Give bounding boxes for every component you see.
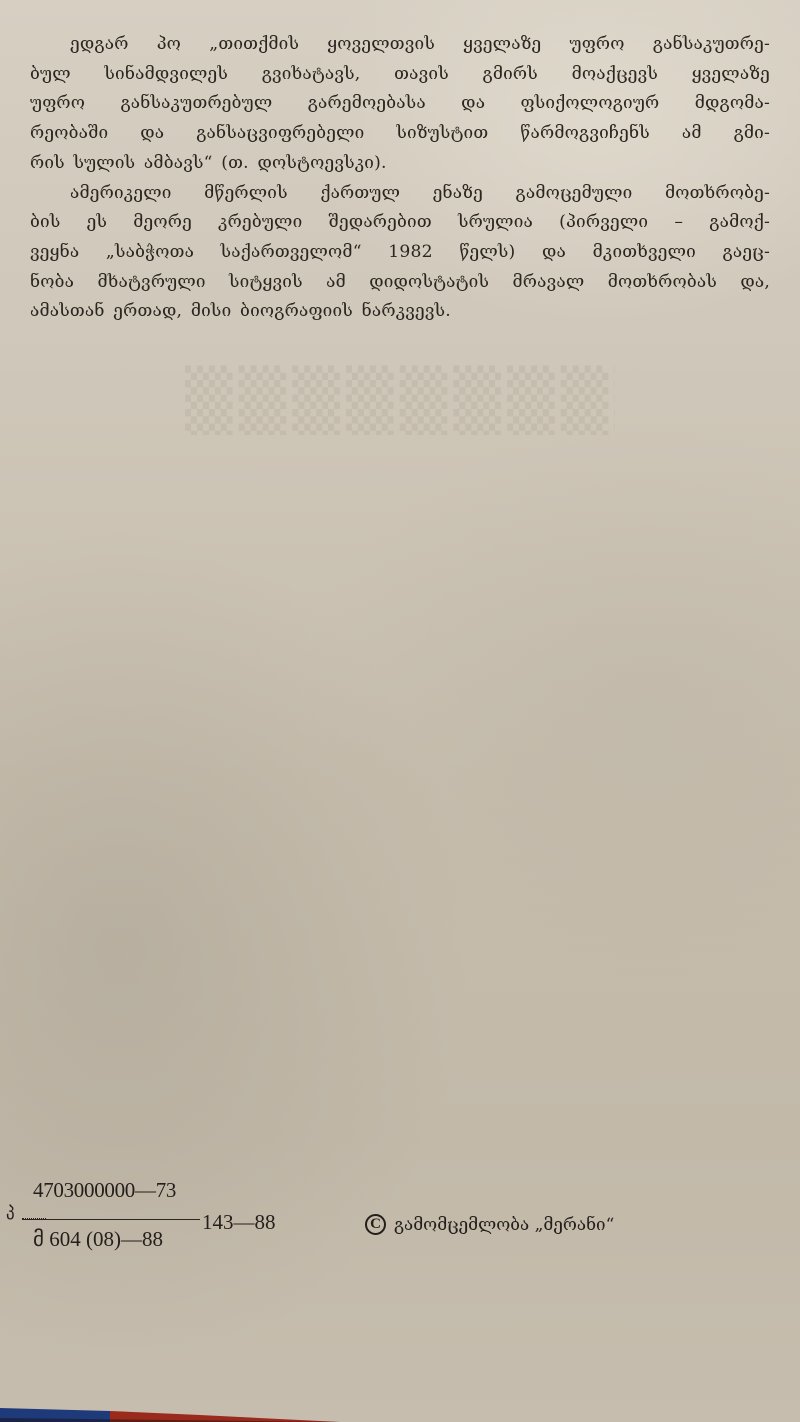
- text-line: ბის ეს მეორე კრებული შედარებით სრულია (პ…: [30, 208, 770, 238]
- fraction-divider: [22, 1219, 200, 1220]
- book-page: ▒▒▒▒▒▒▒▒▒▒▒▒ ედგარ პო „თითქმის ყოველთვის…: [0, 0, 800, 1422]
- catalog-code-right: 143—88: [202, 1210, 276, 1235]
- catalog-code-numerator: 4703000000—73: [33, 1178, 176, 1203]
- annotation-text: ედგარ პო „თითქმის ყოველთვის ყველაზე უფრო…: [30, 30, 770, 327]
- text-line: ბულ სინამდვილეს გვიხატავს, თავის გმირს მ…: [30, 60, 770, 90]
- book-cover-edge: [0, 1402, 340, 1422]
- text-line: უფრო განსაკუთრებულ გარემოებასა და ფსიქოლ…: [30, 89, 770, 119]
- reverse-side-show-through: ▒▒▒▒▒▒▒▒▒▒▒▒: [185, 365, 615, 435]
- text-line: ნობა მხატვრული სიტყვის ამ დიდოსტატის მრა…: [30, 268, 770, 298]
- text-line: რეობაში და განსაცვიფრებელი სიზუსტით წარმ…: [30, 119, 770, 149]
- imprint-block: 4703000000—73 პ 143—88 მ 604 (08)—88 C გ…: [0, 1170, 800, 1270]
- text-line: ედგარ პო „თითქმის ყოველთვის ყველაზე უფრო…: [30, 30, 770, 60]
- text-line: რის სულის ამბავს“ (თ. დოსტოევსკი).: [30, 149, 770, 179]
- classification-letter: პ: [6, 1204, 15, 1224]
- copyright-icon: C: [365, 1214, 386, 1235]
- text-line: ამერიკელი მწერლის ქართულ ენაზე გამოცემულ…: [30, 179, 770, 209]
- paragraph-2: ამერიკელი მწერლის ქართულ ენაზე გამოცემულ…: [30, 179, 770, 328]
- cover-edge-graphic: [0, 1402, 340, 1422]
- text-line: ვეყნა „საბჭოთა საქართველომ“ 1982 წელს) დ…: [30, 238, 770, 268]
- text-line: ამასთან ერთად, მისი ბიოგრაფიის ნარკვევს.: [30, 297, 770, 327]
- catalog-code-denominator: მ 604 (08)—88: [33, 1227, 163, 1252]
- copyright-notice: C გამომცემლობა „მერანი“: [365, 1214, 614, 1235]
- paragraph-1: ედგარ პო „თითქმის ყოველთვის ყველაზე უფრო…: [30, 30, 770, 179]
- publisher-name: გამომცემლობა „მერანი“: [394, 1215, 614, 1235]
